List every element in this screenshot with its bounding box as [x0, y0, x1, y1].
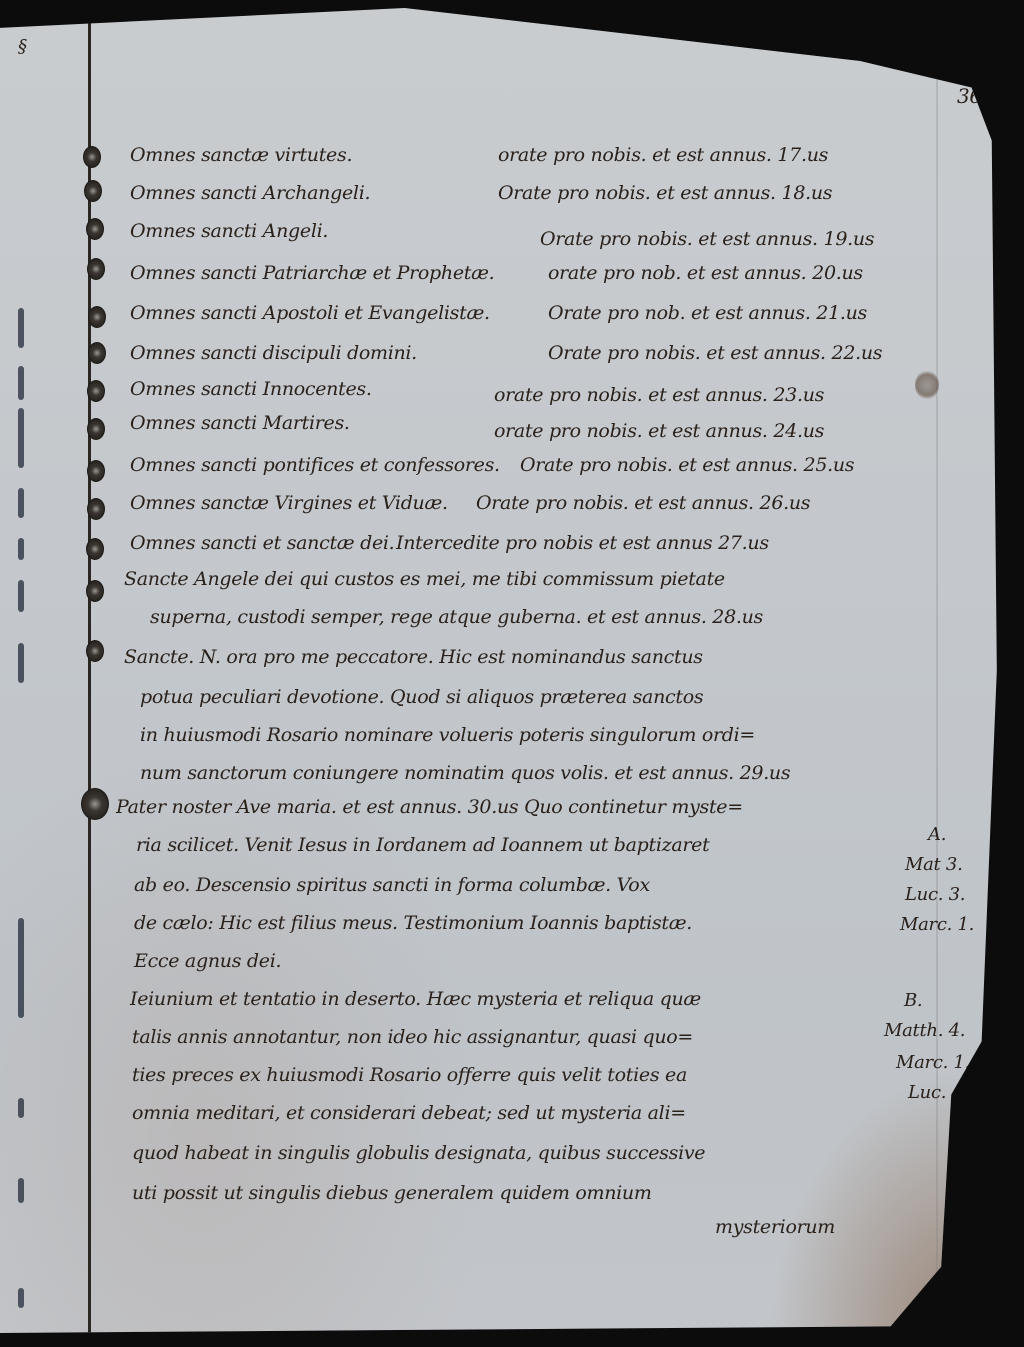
rosary-bead-icon: [86, 580, 104, 602]
litany-response: Orate pro nobis. et est annus. 26.us: [476, 494, 810, 513]
rosary-bead-icon: [86, 218, 104, 240]
text-line: quod habeat in singulis globulis designa…: [132, 1144, 705, 1163]
margin-note-ref: Marc. 1.: [900, 914, 974, 935]
text-line: mysteriorum: [715, 1218, 835, 1237]
manuscript-page: § 361 Omnes sanctæ virtutes. orate pro n…: [0, 8, 1012, 1333]
ink-stain-mark: [915, 370, 939, 400]
rosary-bead-icon: [84, 180, 102, 202]
litany-invocation: Omnes sancti Martires.: [130, 414, 350, 433]
text-line: Sancte. N. ora pro me peccatore. Hic est…: [124, 648, 703, 667]
text-line: ria scilicet. Venit Iesus in Iordanem ad…: [136, 836, 709, 855]
rosary-bead-icon: [87, 418, 105, 440]
rosary-bead-icon: [88, 306, 106, 328]
litany-response: orate pro nobis. et est annus. 23.us: [494, 386, 824, 405]
corner-mark: §: [18, 36, 27, 57]
litany-response: orate pro nob. et est annus. 20.us: [548, 264, 863, 283]
litany-invocation: Omnes sancti Innocentes.: [130, 380, 372, 399]
folio-number: 361: [957, 84, 994, 108]
margin-note-ref: Luc. 3.: [905, 884, 965, 905]
text-line: potua peculiari devotione. Quod si aliqu…: [140, 688, 703, 707]
litany-response: Orate pro nobis. et est annus. 22.us: [548, 344, 882, 363]
text-line: Sancte Angele dei qui custos es mei, me …: [124, 570, 725, 589]
litany-invocation: Omnes sancti et sanctæ dei.: [130, 534, 394, 553]
rosary-bead-icon: [87, 380, 105, 402]
text-line: num sanctorum coniungere nominatim quos …: [140, 764, 790, 783]
litany-response: Orate pro nobis. et est annus. 25.us: [520, 456, 854, 475]
margin-note-ref: Marc. 1.: [896, 1052, 970, 1073]
litany-invocation: Omnes sanctæ virtutes.: [130, 146, 352, 165]
manuscript-scan: § 361 Omnes sanctæ virtutes. orate pro n…: [0, 0, 1024, 1347]
text-line: in huiusmodi Rosario nominare volueris p…: [140, 726, 755, 745]
text-line: uti possit ut singulis diebus generalem …: [132, 1184, 652, 1203]
text-line: ab eo. Descensio spiritus sancti in form…: [134, 876, 650, 895]
text-line: Ieiunium et tentatio in deserto. Hæc mys…: [130, 990, 701, 1009]
text-line: Ecce agnus dei.: [134, 952, 281, 971]
rosary-cord-line: [88, 16, 91, 1346]
litany-response: Orate pro nobis. et est annus. 18.us: [498, 184, 832, 203]
litany-invocation: Omnes sancti Patriarchæ et Prophetæ.: [130, 264, 494, 283]
litany-invocation: Omnes sancti Angeli.: [130, 222, 328, 241]
rosary-bead-icon: [87, 460, 105, 482]
litany-response: Orate pro nob. et est annus. 21.us: [548, 304, 867, 323]
litany-response: orate pro nobis. et est annus. 24.us: [494, 422, 824, 441]
rosary-bead-icon: [87, 498, 105, 520]
ink-bleed-through: [18, 308, 26, 1258]
litany-invocation: Omnes sancti Archangeli.: [130, 184, 370, 203]
rosary-large-bead-icon: [81, 788, 109, 820]
margin-note-label: B.: [904, 990, 922, 1011]
margin-note-ref: Mat 3.: [905, 854, 963, 875]
text-line: Pater noster Ave maria. et est annus. 30…: [116, 798, 743, 817]
litany-response: Intercedite pro nobis et est annus 27.us: [396, 534, 769, 553]
rosary-bead-icon: [88, 342, 106, 364]
margin-note-label: A.: [928, 824, 946, 845]
rosary-bead-icon: [87, 258, 105, 280]
text-line: omnia meditari, et considerari debeat; s…: [132, 1104, 686, 1123]
litany-invocation: Omnes sancti discipuli domini.: [130, 344, 417, 363]
text-line: ties preces ex huiusmodi Rosario offerre…: [132, 1066, 687, 1085]
litany-response: orate pro nobis. et est annus. 17.us: [498, 146, 828, 165]
margin-note-ref: Luc. 4.: [908, 1082, 968, 1103]
litany-invocation: Omnes sancti pontifices et confessores.: [130, 456, 500, 475]
text-line: de cælo: Hic est filius meus. Testimoniu…: [134, 914, 692, 933]
rosary-bead-icon: [83, 146, 101, 168]
text-line: superna, custodi semper, rege atque gube…: [150, 608, 763, 627]
margin-note-ref: Matth. 4.: [884, 1020, 965, 1041]
litany-invocation: Omnes sanctæ Virgines et Viduæ.: [130, 494, 448, 513]
litany-invocation: Omnes sancti Apostoli et Evangelistæ.: [130, 304, 490, 323]
text-line: talis annis annotantur, non ideo hic ass…: [132, 1028, 693, 1047]
rosary-bead-icon: [86, 538, 104, 560]
litany-response: Orate pro nobis. et est annus. 19.us: [540, 230, 874, 249]
page-fold-line: [936, 68, 938, 1298]
rosary-bead-icon: [86, 640, 104, 662]
